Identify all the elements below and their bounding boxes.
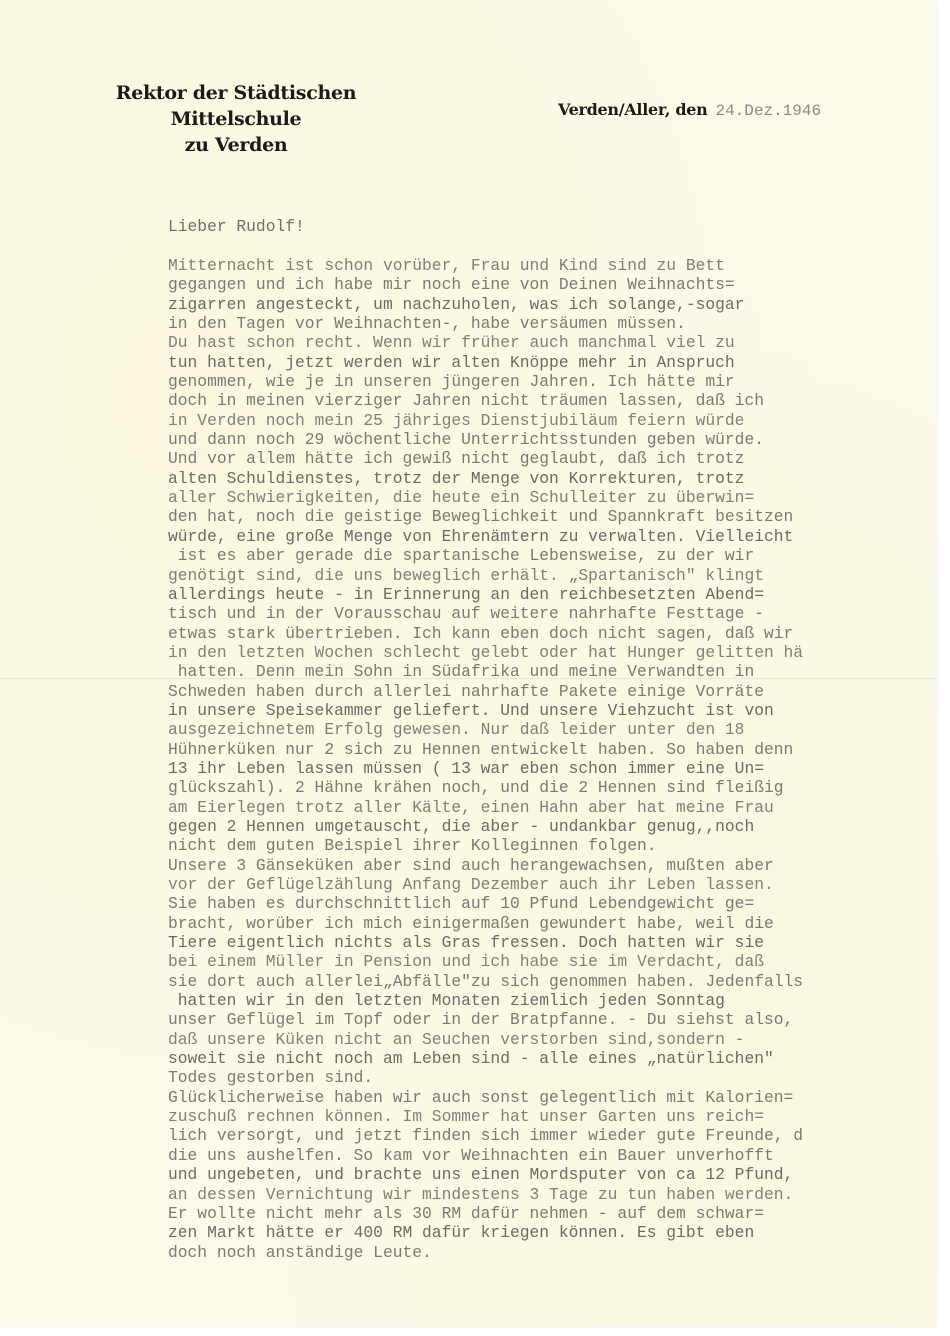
letter-line: allerdings heute - in Erinnerung an den … — [168, 585, 948, 604]
letter-line: Du hast schon recht. Wenn wir früher auc… — [168, 333, 948, 352]
letter-line: genötigt sind, die uns beweglich erhält.… — [168, 566, 948, 585]
letter-line: gegangen und ich habe mir noch eine von … — [168, 275, 948, 294]
letter-line: tisch und in der Vorausschau auf weitere… — [168, 604, 948, 623]
letter-line: Schweden haben durch allerlei nahrhafte … — [168, 682, 948, 701]
letter-line: aller Schwierigkeiten, die heute ein Sch… — [168, 488, 948, 507]
letter-date: 24.Dez.1946 — [715, 102, 821, 120]
letter-line: sie dort auch allerlei„Abfälle"zu sich g… — [168, 972, 948, 991]
letter-line: in den letzten Wochen schlecht gelebt od… — [168, 643, 948, 662]
letter-line: den hat, noch die geistige Beweglichkeit… — [168, 507, 948, 526]
letter-line: in unsere Speisekammer geliefert. Und un… — [168, 701, 948, 720]
letter-line: Hühnerküken nur 2 sich zu Hennen entwick… — [168, 740, 948, 759]
letter-line: tun hatten, jetzt werden wir alten Knöpp… — [168, 353, 948, 372]
letter-line: Mitternacht ist schon vorüber, Frau und … — [168, 256, 948, 275]
letter-line: vor der Geflügelzählung Anfang Dezember … — [168, 875, 948, 894]
letter-line: bracht, worüber ich mich einigermaßen ge… — [168, 914, 948, 933]
letter-line: würde, eine große Menge von Ehrenämtern … — [168, 527, 948, 546]
letterhead-line-1: Rektor der Städtischen Mittelschule — [66, 80, 406, 132]
place-label: Verden/Aller, den — [558, 100, 707, 119]
letter-line: Er wollte nicht mehr als 30 RM dafür neh… — [168, 1204, 948, 1223]
letter-line: genommen, wie je in unseren jüngeren Jah… — [168, 372, 948, 391]
letter-line: in den Tagen vor Weihnachten-, habe vers… — [168, 314, 948, 333]
letter-line: doch noch anständige Leute. — [168, 1243, 948, 1262]
letter-line: die uns aushelfen. So kam vor Weihnachte… — [168, 1146, 948, 1165]
letter-line: lich versorgt, und jetzt finden sich imm… — [168, 1126, 948, 1145]
letter-line: zen Markt hätte er 400 RM dafür kriegen … — [168, 1223, 948, 1242]
letter-line: und dann noch 29 wöchentliche Unterricht… — [168, 430, 948, 449]
letter-line: Und vor allem hätte ich gewiß nicht gegl… — [168, 449, 948, 468]
letter-line: zuschuß rechnen können. Im Sommer hat un… — [168, 1107, 948, 1126]
letter-line: hatten. Denn mein Sohn in Südafrika und … — [168, 662, 948, 681]
letter-line: glückszahl). 2 Hähne krähen noch, und di… — [168, 778, 948, 797]
letter-line: alten Schuldienstes, trotz der Menge von… — [168, 469, 948, 488]
letterhead: Rektor der Städtischen Mittelschule zu V… — [66, 80, 406, 158]
letter-line: gegen 2 Hennen umgetauscht, die aber - u… — [168, 817, 948, 836]
letter-line: 13 ihr Leben lassen müssen ( 13 war eben… — [168, 759, 948, 778]
letter-line: ausgezeichnetem Erfolg gewesen. Nur daß … — [168, 720, 948, 739]
letter-line: bei einem Müller in Pension und ich habe… — [168, 952, 948, 971]
letter-line: ist es aber gerade die spartanische Lebe… — [168, 546, 948, 565]
salutation: Lieber Rudolf! — [168, 217, 305, 236]
letter-line: in Verden noch mein 25 jähriges Dienstju… — [168, 411, 948, 430]
letter-body: Mitternacht ist schon vorüber, Frau und … — [168, 256, 948, 1262]
letter-line: daß unsere Küken nicht an Seuchen versto… — [168, 1030, 948, 1049]
letter-line: nicht dem guten Beispiel ihrer Kolleginn… — [168, 836, 948, 855]
letter-line: hatten wir in den letzten Monaten ziemli… — [168, 991, 948, 1010]
letter-page: Rektor der Städtischen Mittelschule zu V… — [0, 0, 936, 1326]
letter-line: und ungebeten, und brachte uns einen Mor… — [168, 1165, 948, 1184]
letter-line: etwas stark übertrieben. Ich kann eben d… — [168, 624, 948, 643]
place-date-line: Verden/Aller, den24.Dez.1946 — [558, 100, 821, 120]
letter-line: soweit sie nicht noch am Leben sind - al… — [168, 1049, 948, 1068]
letter-line: doch in meinen vierziger Jahren nicht tr… — [168, 391, 948, 410]
letter-line: an dessen Vernichtung wir mindestens 3 T… — [168, 1185, 948, 1204]
letter-line: am Eierlegen trotz aller Kälte, einen Ha… — [168, 798, 948, 817]
letter-line: Todes gestorben sind. — [168, 1068, 948, 1087]
letterhead-line-2: zu Verden — [66, 132, 406, 158]
letter-line: Sie haben es durchschnittlich auf 10 Pfu… — [168, 894, 948, 913]
letter-line: Tiere eigentlich nichts als Gras fressen… — [168, 933, 948, 952]
letter-line: unser Geflügel im Topf oder in der Bratp… — [168, 1010, 948, 1029]
letter-line: Glücklicherweise haben wir auch sonst ge… — [168, 1088, 948, 1107]
letter-line: Unsere 3 Gänseküken aber sind auch heran… — [168, 856, 948, 875]
letter-line: zigarren angesteckt, um nachzuholen, was… — [168, 295, 948, 314]
